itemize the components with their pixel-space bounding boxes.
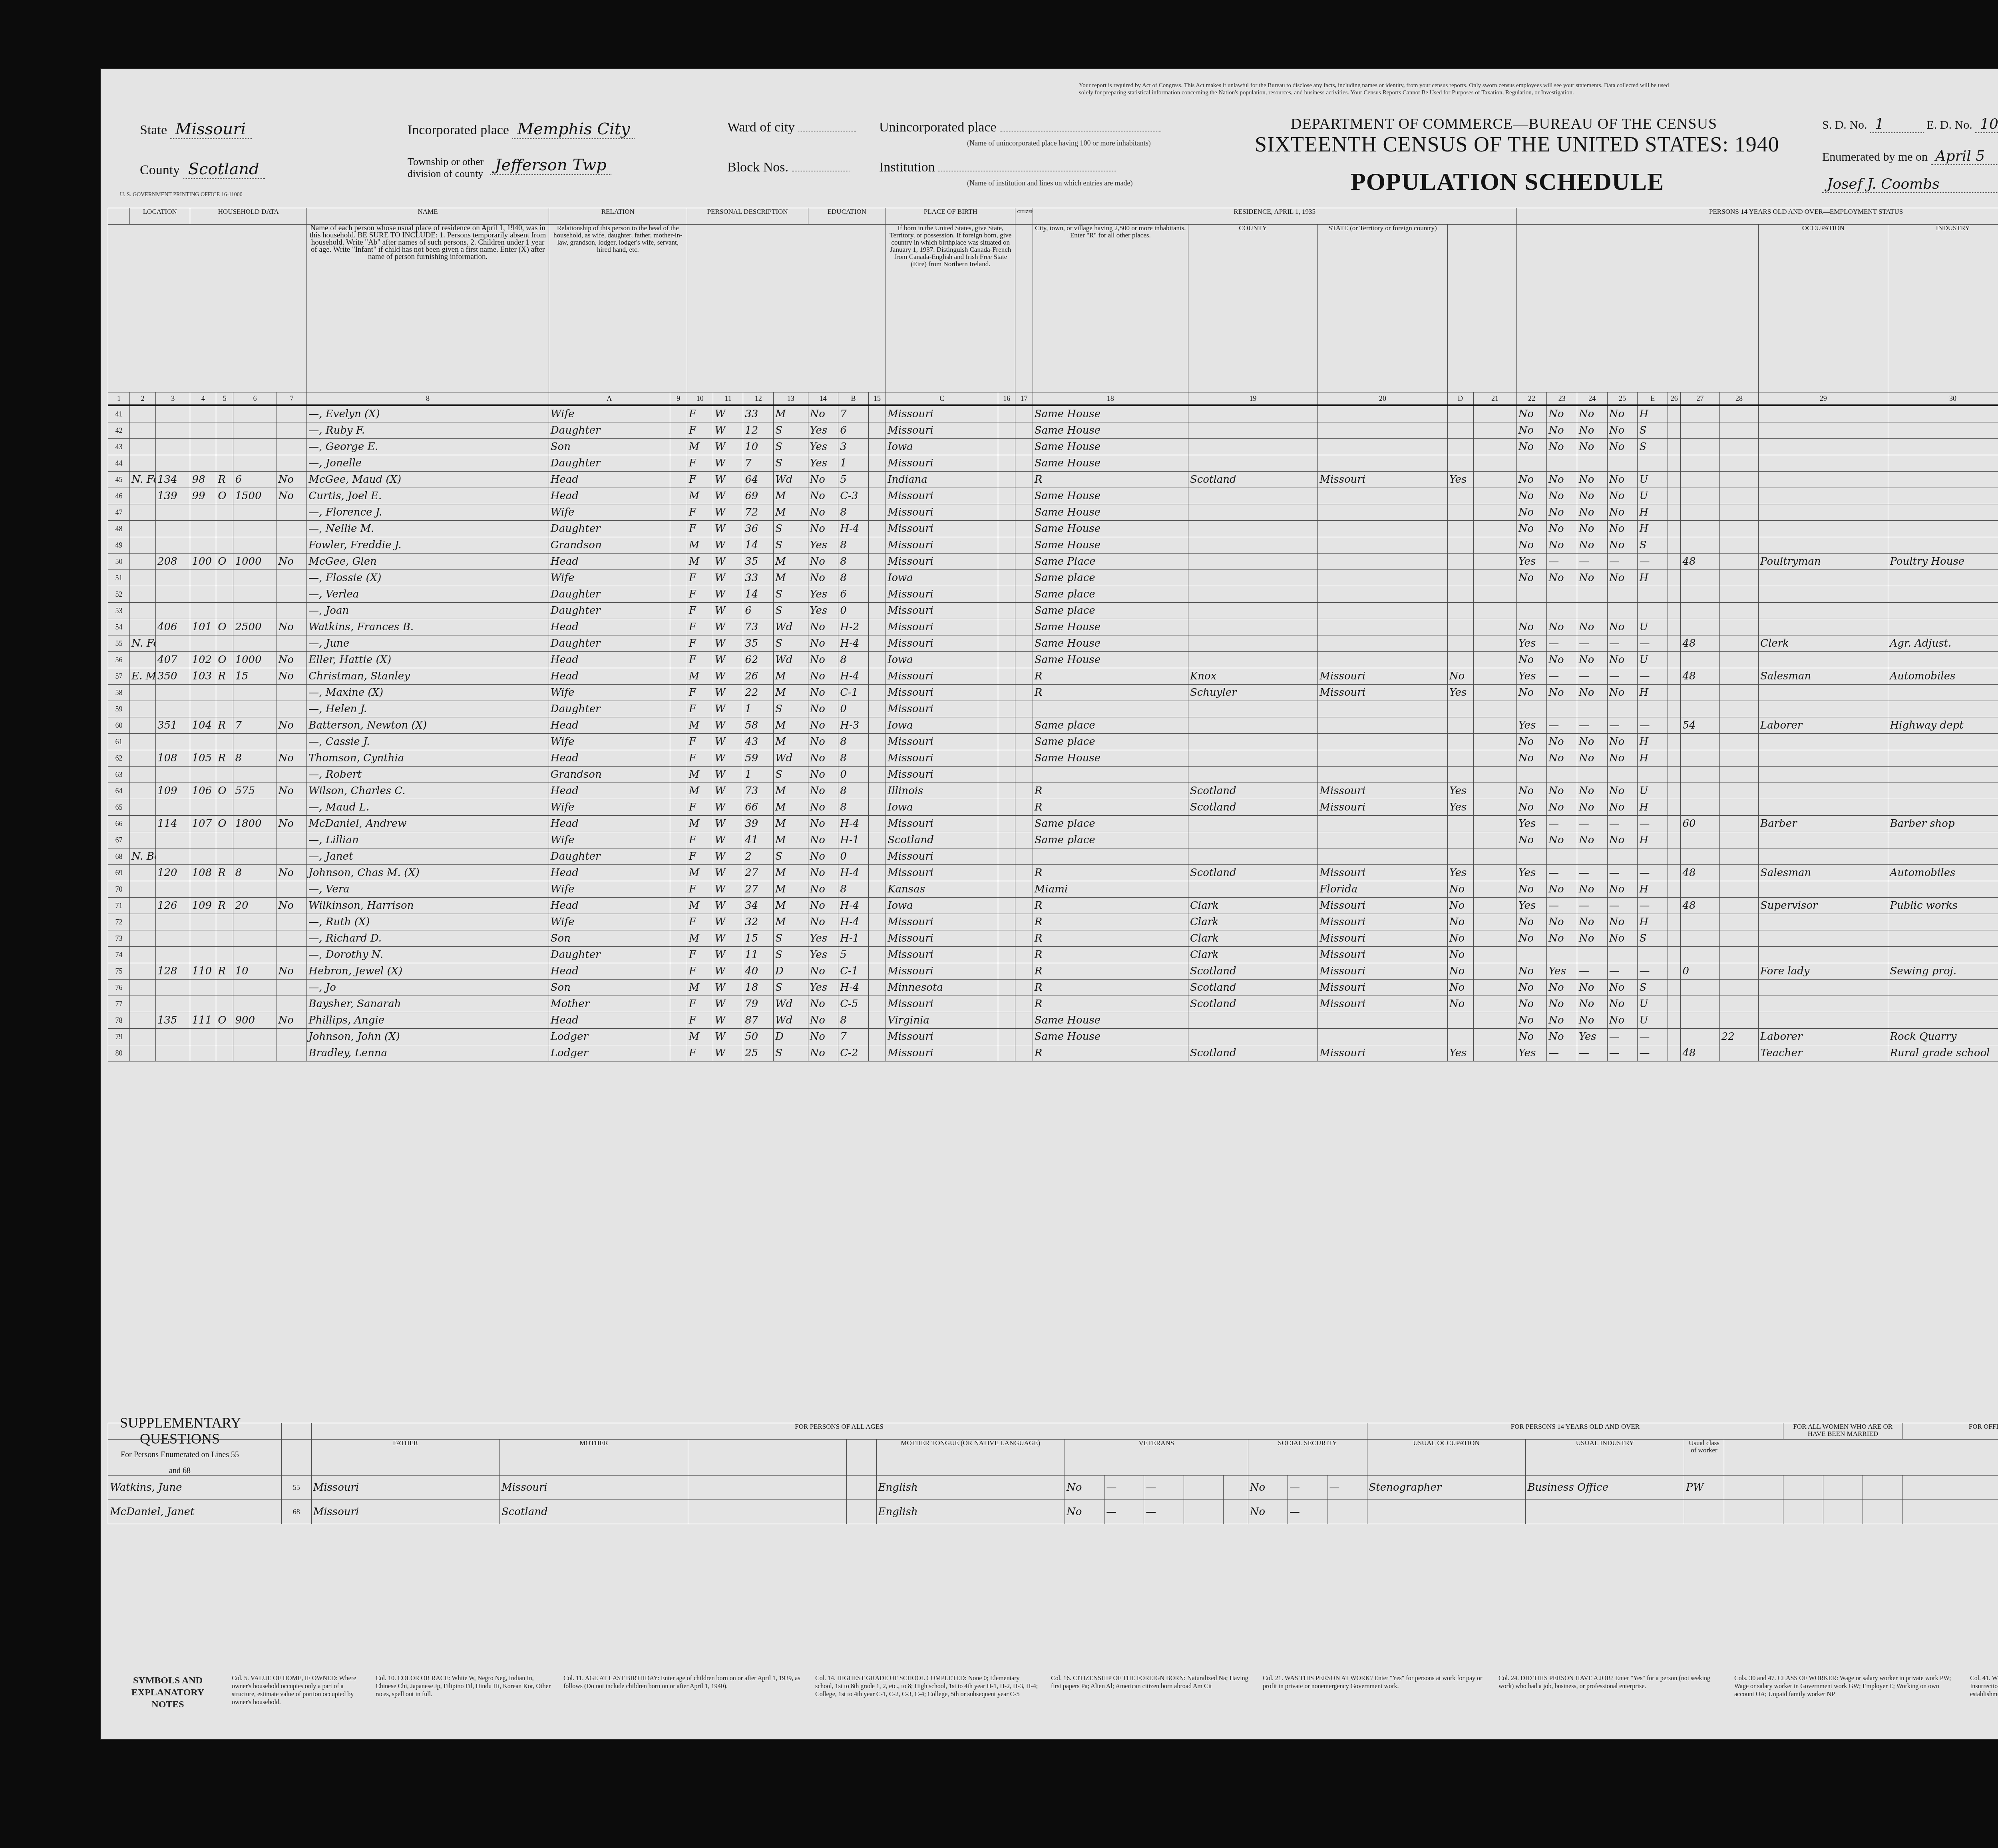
weeks-unemployed bbox=[1719, 848, 1758, 865]
highest-grade: 5 bbox=[838, 472, 869, 488]
hours-worked bbox=[1681, 685, 1719, 701]
household-number bbox=[190, 832, 216, 848]
weeks-unemployed bbox=[1719, 554, 1758, 570]
line-number: 53 bbox=[108, 603, 130, 619]
industry: Sewing proj. bbox=[1888, 963, 1998, 980]
line-number: 56 bbox=[108, 652, 130, 668]
residence-1935-farm bbox=[1447, 1029, 1473, 1045]
age: 1 bbox=[743, 701, 774, 717]
residence-1935-county: Knox bbox=[1188, 668, 1317, 685]
at-work: Yes bbox=[1516, 668, 1547, 685]
home-value: 2500 bbox=[233, 619, 277, 635]
age: 33 bbox=[743, 405, 774, 422]
industry bbox=[1888, 996, 1998, 1012]
seeking-work: No bbox=[1577, 750, 1608, 767]
occupation bbox=[1759, 930, 1888, 947]
code-b bbox=[868, 554, 886, 570]
industry bbox=[1888, 472, 1998, 488]
relation: Head bbox=[549, 963, 670, 980]
residence-1935-city: Same House bbox=[1033, 521, 1188, 537]
code-b bbox=[868, 685, 886, 701]
house-number bbox=[155, 881, 190, 898]
activity-code: H bbox=[1638, 734, 1668, 750]
farm-residence bbox=[277, 570, 307, 586]
relation: Wife bbox=[549, 504, 670, 521]
person-name: —, Helen J. bbox=[307, 701, 549, 717]
code-d bbox=[1473, 537, 1516, 554]
activity-code bbox=[1638, 947, 1668, 963]
residence-1935-city bbox=[1033, 701, 1188, 717]
race: W bbox=[713, 799, 743, 816]
household-number: 103 bbox=[190, 668, 216, 685]
residence-1935-county bbox=[1188, 405, 1317, 422]
attended-school: No bbox=[808, 996, 838, 1012]
block-field: Block Nos. bbox=[727, 160, 850, 175]
column-number: 19 bbox=[1188, 392, 1317, 406]
residence-1935-city: Same House bbox=[1033, 405, 1188, 422]
war: — bbox=[1144, 1500, 1184, 1524]
father-birthplace: Missouri bbox=[311, 1500, 499, 1524]
home-value bbox=[233, 603, 277, 619]
township-value: Jefferson Twp bbox=[490, 156, 611, 175]
hours-worked: 48 bbox=[1681, 1045, 1719, 1061]
at-work: No bbox=[1516, 734, 1547, 750]
race: W bbox=[713, 914, 743, 930]
residence-1935-county bbox=[1188, 488, 1317, 504]
citizenship bbox=[1015, 455, 1033, 472]
at-work bbox=[1516, 701, 1547, 717]
street-name bbox=[130, 767, 156, 783]
weeks-unemployed bbox=[1719, 652, 1758, 668]
group-residence: RESIDENCE, APRIL 1, 1935 bbox=[1033, 208, 1516, 225]
seeking-work: No bbox=[1577, 930, 1608, 947]
marital-status: M bbox=[773, 570, 808, 586]
street-name bbox=[130, 750, 156, 767]
residence-1935-city: R bbox=[1033, 980, 1188, 996]
residence-1935-state: Missouri bbox=[1318, 963, 1447, 980]
ed-value: 100-3 bbox=[1975, 116, 1998, 133]
activity-code: H bbox=[1638, 799, 1668, 816]
birthplace: Missouri bbox=[886, 504, 998, 521]
population-table: LOCATION HOUSEHOLD DATA NAME RELATION PE… bbox=[108, 208, 1998, 1061]
relation: Mother bbox=[549, 996, 670, 1012]
institution-note: (Name of institution and lines on which … bbox=[967, 179, 1132, 187]
residence-1935-farm bbox=[1447, 455, 1473, 472]
residence-1935-city: R bbox=[1033, 472, 1188, 488]
seeking-work: No bbox=[1577, 619, 1608, 635]
activity-code: — bbox=[1638, 816, 1668, 832]
weeks-unemployed bbox=[1719, 603, 1758, 619]
social-security-number: No bbox=[1248, 1500, 1288, 1524]
street-name: N. Fourth St. bbox=[130, 472, 156, 488]
occupation bbox=[1759, 832, 1888, 848]
birthplace: Missouri bbox=[886, 963, 998, 980]
residence-county-header: COUNTY bbox=[1188, 225, 1317, 392]
residence-1935-state bbox=[1318, 455, 1447, 472]
citizenship bbox=[1015, 848, 1033, 865]
home-owned: R bbox=[216, 898, 233, 914]
industry bbox=[1888, 603, 1998, 619]
note-class-worker: Cols. 30 and 47. CLASS OF WORKER: Wage o… bbox=[1734, 1675, 1958, 1699]
code-c bbox=[998, 898, 1015, 914]
residence-1935-county bbox=[1188, 816, 1317, 832]
marital-status: S bbox=[773, 980, 808, 996]
occupation: Fore lady bbox=[1759, 963, 1888, 980]
code-b bbox=[868, 914, 886, 930]
mother-birthplace: Scotland bbox=[499, 1500, 688, 1524]
sex: F bbox=[687, 848, 713, 865]
race: W bbox=[713, 865, 743, 881]
highest-grade: H-4 bbox=[838, 980, 869, 996]
at-work: No bbox=[1516, 619, 1547, 635]
at-work: No bbox=[1516, 1012, 1547, 1029]
code-e bbox=[1668, 619, 1681, 635]
farm-residence bbox=[277, 537, 307, 554]
household-number: 109 bbox=[190, 898, 216, 914]
farm-residence bbox=[277, 439, 307, 455]
home-value bbox=[233, 914, 277, 930]
highest-grade: 8 bbox=[838, 750, 869, 767]
line-number: 79 bbox=[108, 1029, 130, 1045]
street-name bbox=[130, 717, 156, 734]
industry bbox=[1888, 881, 1998, 898]
table-row: 49Fowler, Freddie J.GrandsonMW14SYes8Mis… bbox=[108, 537, 1998, 554]
line-number: 64 bbox=[108, 783, 130, 799]
weeks-unemployed bbox=[1719, 980, 1758, 996]
age: 62 bbox=[743, 652, 774, 668]
home-owned: R bbox=[216, 717, 233, 734]
marital-status: M bbox=[773, 554, 808, 570]
birthplace: Missouri bbox=[886, 488, 998, 504]
seeking-work: No bbox=[1577, 783, 1608, 799]
farm-residence: No bbox=[277, 488, 307, 504]
attended-school: No bbox=[808, 717, 838, 734]
street-name bbox=[130, 914, 156, 930]
emergency-work: No bbox=[1547, 685, 1577, 701]
person-name: —, Flossie (X) bbox=[307, 570, 549, 586]
home-value bbox=[233, 586, 277, 603]
code-c bbox=[998, 504, 1015, 521]
residence-1935-city: Miami bbox=[1033, 881, 1188, 898]
at-work: No bbox=[1516, 488, 1547, 504]
race: W bbox=[713, 439, 743, 455]
house-number bbox=[155, 504, 190, 521]
hours-worked bbox=[1681, 504, 1719, 521]
has-job: No bbox=[1607, 422, 1638, 439]
age: 14 bbox=[743, 586, 774, 603]
residence-1935-state bbox=[1318, 701, 1447, 717]
house-number: 350 bbox=[155, 668, 190, 685]
hours-worked bbox=[1681, 832, 1719, 848]
birthplace: Missouri bbox=[886, 930, 998, 947]
street-name bbox=[130, 816, 156, 832]
weeks-unemployed bbox=[1719, 422, 1758, 439]
supp-father-header: FATHER bbox=[311, 1440, 499, 1476]
note-citizenship: Col. 16. CITIZENSHIP OF THE FOREIGN BORN… bbox=[1051, 1675, 1251, 1691]
citizenship bbox=[1015, 619, 1033, 635]
person-name: Johnson, John (X) bbox=[307, 1029, 549, 1045]
code-a bbox=[670, 750, 687, 767]
married-more-than-once bbox=[1783, 1476, 1823, 1500]
person-name: Bradley, Lenna bbox=[307, 1045, 549, 1061]
seeking-work: No bbox=[1577, 685, 1608, 701]
line-number: 76 bbox=[108, 980, 130, 996]
line-number: 69 bbox=[108, 865, 130, 881]
citizenship bbox=[1015, 947, 1033, 963]
industry bbox=[1888, 619, 1998, 635]
residence-1935-farm bbox=[1447, 504, 1473, 521]
home-owned bbox=[216, 799, 233, 816]
attended-school: No bbox=[808, 1045, 838, 1061]
age: 69 bbox=[743, 488, 774, 504]
seeking-work: — bbox=[1577, 635, 1608, 652]
street-name bbox=[130, 537, 156, 554]
age: 33 bbox=[743, 570, 774, 586]
person-name: —, Janet bbox=[307, 848, 549, 865]
home-owned: R bbox=[216, 963, 233, 980]
line-number: 77 bbox=[108, 996, 130, 1012]
activity-code: H bbox=[1638, 521, 1668, 537]
person-name: —, George E. bbox=[307, 439, 549, 455]
emergency-work: No bbox=[1547, 734, 1577, 750]
race: W bbox=[713, 685, 743, 701]
birthplace: Missouri bbox=[886, 603, 998, 619]
sex: M bbox=[687, 898, 713, 914]
table-row: 75128110R10NoHebron, Jewel (X)HeadFW40DN… bbox=[108, 963, 1998, 980]
residence-1935-city: Same House bbox=[1033, 1029, 1188, 1045]
code-a bbox=[670, 652, 687, 668]
age: 66 bbox=[743, 799, 774, 816]
age: 10 bbox=[743, 439, 774, 455]
code bbox=[1184, 1476, 1223, 1500]
at-work: Yes bbox=[1516, 717, 1547, 734]
has-job: No bbox=[1607, 685, 1638, 701]
house-number bbox=[155, 734, 190, 750]
code-d bbox=[1473, 405, 1516, 422]
relation: Wife bbox=[549, 799, 670, 816]
table-row: 59—, Helen J.DaughterFW1SNo0Missouri59 bbox=[108, 701, 1998, 717]
table-row: 51—, Flossie (X)WifeFW33MNo8IowaSame pla… bbox=[108, 570, 1998, 586]
emergency-work: No bbox=[1547, 521, 1577, 537]
marital-status: S bbox=[773, 586, 808, 603]
citizenship bbox=[1015, 439, 1033, 455]
occupation: Salesman bbox=[1759, 668, 1888, 685]
citizenship bbox=[1015, 1029, 1033, 1045]
person-name: —, Ruth (X) bbox=[307, 914, 549, 930]
hours-worked bbox=[1681, 405, 1719, 422]
household-number bbox=[190, 930, 216, 947]
residence-1935-city: Same Place bbox=[1033, 554, 1188, 570]
age: 32 bbox=[743, 914, 774, 930]
supp-group-14-over: FOR PERSONS 14 YEARS OLD AND OVER bbox=[1367, 1423, 1783, 1440]
citizenship bbox=[1015, 717, 1033, 734]
relation: Head bbox=[549, 750, 670, 767]
home-value bbox=[233, 570, 277, 586]
person-name: Phillips, Angie bbox=[307, 1012, 549, 1029]
line-number: 43 bbox=[108, 439, 130, 455]
person-name: Wilkinson, Harrison bbox=[307, 898, 549, 914]
sex: M bbox=[687, 717, 713, 734]
activity-code: U bbox=[1638, 472, 1668, 488]
street-name bbox=[130, 488, 156, 504]
relation: Wife bbox=[549, 881, 670, 898]
attended-school: No bbox=[808, 799, 838, 816]
residence-1935-farm bbox=[1447, 832, 1473, 848]
residence-1935-city: Same House bbox=[1033, 537, 1188, 554]
activity-code: — bbox=[1638, 963, 1668, 980]
street-name bbox=[130, 734, 156, 750]
residence-1935-farm bbox=[1447, 848, 1473, 865]
household-number: 107 bbox=[190, 816, 216, 832]
residence-1935-city: R bbox=[1033, 930, 1188, 947]
residence-1935-farm bbox=[1447, 422, 1473, 439]
code-a bbox=[670, 472, 687, 488]
seeking-work: — bbox=[1577, 816, 1608, 832]
line-number: 48 bbox=[108, 521, 130, 537]
activity-code: U bbox=[1638, 996, 1668, 1012]
has-job: No bbox=[1607, 783, 1638, 799]
relation: Lodger bbox=[549, 1045, 670, 1061]
residence-1935-farm: Yes bbox=[1447, 865, 1473, 881]
occupation: Barber bbox=[1759, 816, 1888, 832]
code-c bbox=[998, 570, 1015, 586]
code-j bbox=[1724, 1500, 1783, 1524]
code-b bbox=[868, 1029, 886, 1045]
person-name: McDaniel, Andrew bbox=[307, 816, 549, 832]
industry: Automobiles bbox=[1888, 865, 1998, 881]
has-job: No bbox=[1607, 619, 1638, 635]
farm-residence bbox=[277, 1045, 307, 1061]
citizenship bbox=[1015, 963, 1033, 980]
residence-1935-county bbox=[1188, 1012, 1317, 1029]
weeks-unemployed bbox=[1719, 914, 1758, 930]
farm-residence: No bbox=[277, 963, 307, 980]
street-name bbox=[130, 881, 156, 898]
residence-1935-state bbox=[1318, 832, 1447, 848]
column-number: 25 bbox=[1607, 392, 1638, 406]
seeking-work bbox=[1577, 848, 1608, 865]
residence-1935-county: Scotland bbox=[1188, 1045, 1317, 1061]
sex: M bbox=[687, 980, 713, 996]
street-name: E. Madison St. bbox=[130, 668, 156, 685]
residence-1935-state bbox=[1318, 717, 1447, 734]
code-c bbox=[998, 455, 1015, 472]
at-work: No bbox=[1516, 685, 1547, 701]
home-value: 20 bbox=[233, 898, 277, 914]
house-number: 126 bbox=[155, 898, 190, 914]
home-value bbox=[233, 521, 277, 537]
weeks-unemployed bbox=[1719, 767, 1758, 783]
code-d bbox=[1473, 570, 1516, 586]
column-number: 5 bbox=[216, 392, 233, 406]
column-number: 3 bbox=[155, 392, 190, 406]
residence-1935-farm bbox=[1447, 405, 1473, 422]
enumerator-signature: Josef J. Coombs bbox=[1822, 176, 1998, 193]
emergency-work: No bbox=[1547, 405, 1577, 422]
residence-1935-farm bbox=[1447, 603, 1473, 619]
farm-residence bbox=[277, 405, 307, 422]
line-number: 73 bbox=[108, 930, 130, 947]
at-work: No bbox=[1516, 914, 1547, 930]
relation: Daughter bbox=[549, 848, 670, 865]
sex: F bbox=[687, 455, 713, 472]
line-number: 60 bbox=[108, 717, 130, 734]
race: W bbox=[713, 767, 743, 783]
hours-worked: 48 bbox=[1681, 865, 1719, 881]
industry bbox=[1888, 930, 1998, 947]
citizenship bbox=[1015, 521, 1033, 537]
person-name: McGee, Maud (X) bbox=[307, 472, 549, 488]
household-number bbox=[190, 521, 216, 537]
residence-1935-farm: No bbox=[1447, 930, 1473, 947]
sex: M bbox=[687, 1029, 713, 1045]
occupation: Laborer bbox=[1759, 717, 1888, 734]
sex: F bbox=[687, 734, 713, 750]
home-value bbox=[233, 767, 277, 783]
household-number bbox=[190, 537, 216, 554]
weeks-unemployed bbox=[1719, 635, 1758, 652]
home-owned bbox=[216, 701, 233, 717]
department-title: DEPARTMENT OF COMMERCE—BUREAU OF THE CEN… bbox=[1291, 115, 1717, 133]
citizenship bbox=[1015, 996, 1033, 1012]
weeks-unemployed bbox=[1719, 898, 1758, 914]
code-d bbox=[1473, 1029, 1516, 1045]
code-c bbox=[998, 603, 1015, 619]
emergency-work: No bbox=[1547, 619, 1577, 635]
street-name bbox=[130, 930, 156, 947]
household-number bbox=[190, 1029, 216, 1045]
race: W bbox=[713, 898, 743, 914]
code-a bbox=[670, 668, 687, 685]
household-number bbox=[190, 439, 216, 455]
weeks-unemployed: 22 bbox=[1719, 1029, 1758, 1045]
attended-school: Yes bbox=[808, 537, 838, 554]
age: 87 bbox=[743, 1012, 774, 1029]
industry: Rock Quarry bbox=[1888, 1029, 1998, 1045]
county-field: County Scotland bbox=[140, 160, 265, 179]
note-grade: Col. 14. HIGHEST GRADE OF SCHOOL COMPLET… bbox=[815, 1675, 1039, 1699]
emergency-work: No bbox=[1547, 422, 1577, 439]
sex: F bbox=[687, 685, 713, 701]
attended-school: No bbox=[808, 881, 838, 898]
person-name: —, Vera bbox=[307, 881, 549, 898]
street-name bbox=[130, 504, 156, 521]
marital-status: Wd bbox=[773, 472, 808, 488]
relation-instructions: Relationship of this person to the head … bbox=[549, 225, 687, 392]
code-e bbox=[1668, 701, 1681, 717]
residence-1935-state: Florida bbox=[1318, 881, 1447, 898]
residence-1935-county bbox=[1188, 848, 1317, 865]
industry bbox=[1888, 504, 1998, 521]
street-name bbox=[130, 652, 156, 668]
citizenship bbox=[1015, 832, 1033, 848]
column-number: D bbox=[1447, 392, 1473, 406]
house-number bbox=[155, 996, 190, 1012]
citizenship bbox=[1015, 750, 1033, 767]
table-row: 53—, JoanDaughterFW6SYes0MissouriSame pl… bbox=[108, 603, 1998, 619]
residence-1935-state: Missouri bbox=[1318, 865, 1447, 881]
residence-1935-county: Clark bbox=[1188, 947, 1317, 963]
residence-1935-county bbox=[1188, 619, 1317, 635]
home-value: 1800 bbox=[233, 816, 277, 832]
relation: Wife bbox=[549, 832, 670, 848]
column-number-row: 12345678A91011121314B15C1617181920D21222… bbox=[108, 392, 1998, 406]
code-c bbox=[998, 914, 1015, 930]
code-d bbox=[1473, 603, 1516, 619]
occupation bbox=[1759, 570, 1888, 586]
code-a bbox=[670, 996, 687, 1012]
marital-status: M bbox=[773, 668, 808, 685]
